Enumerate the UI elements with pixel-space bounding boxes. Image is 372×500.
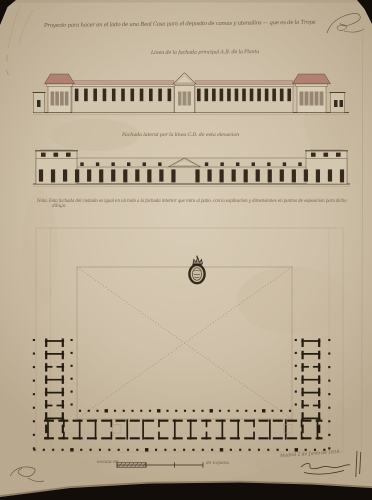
- column-dot: [249, 449, 251, 451]
- column-dot: [62, 449, 64, 451]
- seal-crown: [193, 257, 202, 264]
- column-dot: [220, 448, 223, 451]
- wing-roof: [195, 81, 293, 85]
- column-dot: [52, 449, 54, 451]
- column-dot: [174, 449, 176, 451]
- door-opening: [292, 169, 296, 182]
- door-opening: [207, 169, 211, 181]
- signature-flourish: [304, 471, 344, 475]
- drawing-layer: [0, 0, 372, 500]
- column-dot: [71, 352, 73, 354]
- column-dot: [201, 410, 203, 412]
- door-opening: [268, 169, 272, 182]
- column-dot: [295, 352, 297, 354]
- column-dot: [295, 403, 297, 405]
- column-dot: [184, 410, 186, 412]
- facade-opening: [197, 89, 201, 102]
- door-opening: [135, 169, 139, 181]
- facade-opening: [130, 89, 134, 102]
- attic-window: [311, 153, 316, 157]
- door-opening: [316, 169, 320, 182]
- column-dot: [202, 449, 204, 451]
- elevation-lateral-facade: [33, 149, 350, 186]
- column-dot: [114, 410, 116, 412]
- facade-opening: [84, 89, 88, 102]
- corner-doodle: [327, 14, 360, 34]
- door-opening: [340, 169, 344, 182]
- column-dot: [136, 449, 138, 451]
- facade-opening: [287, 89, 291, 102]
- column-dot: [295, 365, 297, 367]
- facade-opening: [205, 89, 209, 102]
- column-dot: [262, 409, 265, 412]
- facade-opening: [158, 89, 162, 102]
- column-dot: [236, 410, 238, 412]
- column-dot: [96, 410, 98, 412]
- column-dot: [99, 449, 101, 451]
- column-dot: [219, 410, 221, 412]
- attic-window: [66, 153, 71, 157]
- column-dot: [175, 410, 177, 412]
- faint-scribble: [8, 6, 33, 48]
- attic-window: [54, 153, 59, 157]
- column-dot: [33, 449, 35, 451]
- column-dot: [328, 420, 330, 422]
- column-dot: [88, 410, 90, 412]
- column-dot: [164, 449, 166, 451]
- column-dot: [33, 420, 35, 422]
- attic-window: [252, 162, 255, 166]
- door-opening: [99, 169, 103, 182]
- column-dot: [33, 353, 35, 355]
- facade-opening: [103, 89, 107, 102]
- facade-opening: [75, 89, 79, 102]
- paper-crease: [362, 26, 363, 452]
- column-dot: [267, 449, 269, 451]
- column-dot: [71, 378, 73, 380]
- column-dot: [123, 410, 125, 412]
- column-dot: [149, 410, 151, 412]
- note-line-1: Nota. Esta fachada del costado es igual …: [37, 199, 346, 203]
- column-dot: [328, 393, 330, 395]
- facade-opening: [121, 89, 125, 102]
- attic-window: [143, 162, 146, 166]
- door-opening: [147, 169, 151, 182]
- door-opening: [123, 169, 127, 182]
- column-dot: [108, 449, 110, 451]
- door-opening: [87, 169, 91, 181]
- column-dot: [71, 403, 73, 405]
- column-dot: [211, 449, 213, 451]
- archival-photo-of-drawing: Proyecto para hacer en el lado de una Re…: [0, 0, 372, 500]
- column-dot: [328, 380, 330, 382]
- scale-label-right: de España: [206, 462, 229, 466]
- elevation-principal-facade: [33, 73, 350, 115]
- column-dot: [328, 339, 330, 341]
- column-dot: [166, 410, 168, 412]
- principal-facade-caption: Linea de la fachada principal A.B. de la…: [151, 50, 259, 56]
- margin-mark: [6, 55, 9, 75]
- facade-opening: [242, 89, 246, 102]
- attic-window: [96, 162, 99, 166]
- column-dot: [33, 393, 35, 395]
- column-dot: [239, 449, 241, 451]
- facade-opening: [93, 89, 97, 102]
- door-opening: [256, 169, 260, 181]
- attic-window: [158, 162, 161, 166]
- door-opening: [232, 169, 236, 181]
- column-dot: [228, 410, 230, 412]
- column-dot: [70, 448, 73, 451]
- door-opening: [304, 169, 308, 181]
- facade-opening: [112, 89, 116, 102]
- column-dot: [33, 407, 35, 409]
- column-dot: [145, 448, 148, 451]
- facade-opening: [235, 89, 239, 102]
- facade-opening: [149, 89, 153, 102]
- lateral-facade-caption: Fachada lateral por la linea C.D. de est…: [122, 133, 239, 138]
- column-dot: [157, 409, 160, 412]
- door-opening: [195, 169, 199, 182]
- attic-window: [127, 162, 130, 166]
- door-opening: [280, 169, 284, 181]
- column-dot: [155, 449, 157, 451]
- attic-window: [80, 162, 83, 166]
- column-dot: [277, 449, 279, 451]
- column-dot: [80, 449, 82, 451]
- facade-opening: [168, 89, 172, 102]
- door-opening: [171, 169, 175, 182]
- door-opening: [51, 169, 55, 182]
- column-dot: [183, 449, 185, 451]
- column-dot: [71, 391, 73, 393]
- column-dot: [33, 434, 35, 436]
- column-dot: [289, 410, 291, 412]
- door-opening: [39, 169, 43, 181]
- door-opening: [220, 169, 224, 182]
- attic-window: [111, 162, 114, 166]
- stain: [100, 458, 260, 482]
- column-dot: [305, 449, 307, 451]
- attic-window: [267, 162, 270, 166]
- column-dot: [90, 449, 92, 451]
- column-dot: [131, 410, 133, 412]
- column-dot: [295, 339, 297, 341]
- column-dot: [286, 449, 288, 451]
- dark-corner: [357, 0, 372, 24]
- facade-opening: [220, 89, 224, 102]
- outer-guide-rect: [36, 228, 343, 452]
- corner-doodle: [10, 467, 44, 482]
- column-dot: [328, 447, 330, 449]
- attic-window: [205, 162, 208, 166]
- attic-window: [336, 153, 341, 157]
- column-dot: [127, 449, 129, 451]
- column-dot: [210, 409, 213, 412]
- note-line-2: dibujo.: [52, 204, 66, 208]
- wing-roof: [72, 81, 174, 85]
- column-dot: [328, 353, 330, 355]
- column-dot: [295, 378, 297, 380]
- pavilion-roof: [293, 74, 331, 84]
- facade-opening: [272, 89, 276, 102]
- column-dot: [245, 410, 247, 412]
- column-dot: [140, 410, 142, 412]
- door-opening: [75, 169, 79, 182]
- facade-opening: [227, 89, 231, 102]
- column-dot: [328, 407, 330, 409]
- column-dot: [230, 449, 232, 451]
- stain: [22, 190, 58, 310]
- attic-window: [41, 153, 46, 157]
- pen-strokes: [356, 451, 361, 477]
- dark-bottom-band: [0, 483, 372, 500]
- signature-rubric: [301, 463, 350, 474]
- column-dot: [271, 410, 273, 412]
- facade-opening: [140, 89, 144, 102]
- pavilion-roof: [45, 74, 75, 84]
- column-dot: [193, 410, 195, 412]
- door-opening: [244, 169, 248, 182]
- door-opening: [63, 169, 67, 181]
- attic-window: [298, 162, 301, 166]
- facade-opening: [257, 89, 261, 102]
- facade-opening: [265, 89, 269, 102]
- column-dot: [280, 410, 282, 412]
- attic-window: [220, 162, 223, 166]
- column-dot: [33, 339, 35, 341]
- floor-plan: [33, 228, 343, 452]
- facade-opening: [250, 89, 254, 102]
- door-opening: [328, 169, 332, 181]
- door-opening: [159, 169, 163, 181]
- facade-opening: [280, 89, 284, 102]
- column-dot: [33, 366, 35, 368]
- column-dot: [328, 434, 330, 436]
- column-dot: [295, 448, 298, 451]
- column-dot: [79, 410, 81, 412]
- stair-box: [284, 425, 293, 434]
- column-dot: [328, 366, 330, 368]
- column-dot: [295, 391, 297, 393]
- attic-window: [324, 153, 329, 157]
- column-dot: [258, 449, 260, 451]
- column-dot: [43, 449, 45, 451]
- stair-box: [113, 425, 122, 434]
- attic-window: [236, 162, 239, 166]
- column-dot: [71, 339, 73, 341]
- dark-corner: [0, 0, 16, 25]
- scale-label-left: Escala de: [97, 461, 118, 465]
- door-opening: [111, 169, 115, 181]
- crowned-seal-stamp: [189, 256, 204, 283]
- attic-window: [283, 162, 286, 166]
- column-dot: [118, 449, 120, 451]
- column-dot: [105, 409, 108, 412]
- column-dot: [192, 449, 194, 451]
- column-dot: [33, 380, 35, 382]
- column-dot: [254, 410, 256, 412]
- signature-stroke: [301, 463, 350, 468]
- column-dot: [71, 365, 73, 367]
- facade-opening: [212, 89, 216, 102]
